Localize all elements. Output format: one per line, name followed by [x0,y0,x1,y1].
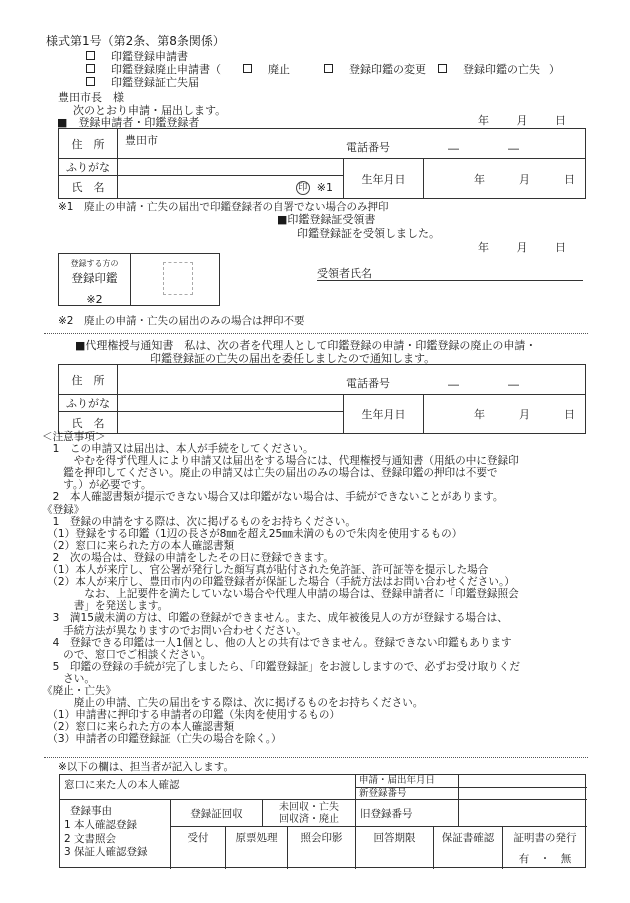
card-recovery-label: 登録証回収 [171,800,263,827]
checkbox-icon[interactable] [86,77,95,86]
checkbox-icon[interactable] [86,64,95,73]
address-input-cell[interactable]: 豊田市 電話番号 ― ― [118,129,586,159]
recovery-status-cell[interactable]: 未回収・亡失 回収済・廃止 [263,800,356,827]
month-label: 月 [519,406,530,422]
note-line: （3）申請者の印鑑登録証（亡失の場合を除く。） [42,733,520,745]
phone-dash: ― [508,378,519,391]
doc-type-label: 印鑑登録証亡失届 [111,74,199,90]
seal-box-small-label: 登録する方の [59,258,130,269]
day-label: 日 [564,406,575,422]
note-line: 2 次の場合は、登録の申請をしたその日に登録できます。 [42,552,520,564]
note-line: 手続方法が異なりますのでお問い合わせください。 [42,625,520,637]
recovery-status-line2: 回収済・廃止 [263,814,355,826]
note-line: す。）が必要です。 [42,479,520,491]
phone-dash: ― [508,142,519,155]
dotted-divider [44,333,588,334]
note-line: （2）本人が来庁し、豊田市内の印鑑登録者が保証した場合（手続方法はお問い合わせく… [42,576,520,588]
phone-label: 電話番号 [346,139,390,155]
identity-check-cell[interactable]: 窓口に来た人の本人確認 [60,775,356,800]
certificate-issue-cell[interactable]: 証明書の発行 有 ・ 無 [503,827,587,869]
seal-note-ref: ※1 [317,181,333,194]
note-line: （1）申請書に押印する申請者の印鑑（朱肉を使用するもの） [42,709,520,721]
receipt-body: 印鑑登録証を受領しました。 [297,225,440,241]
note-line: （1）登録をする印鑑（1辺の長さが8㎜を超え25㎜未満のもので朱肉を使用するもの… [42,528,520,540]
doc-type-row-3: 印鑑登録証亡失届 [86,75,199,88]
furigana-input-cell[interactable] [118,395,344,412]
office-note: ※以下の欄は、担当者が記入します。 [58,759,234,774]
reply-deadline-cell[interactable]: 回答期限 [356,827,434,869]
birthdate-label: 生年月日 [344,395,424,434]
application-date-value-cell[interactable] [459,775,587,788]
note-2: ※2 廃止の申請・亡失の届出のみの場合は押印不要 [58,313,304,328]
registration-reason-title: 登録事由 [60,800,170,819]
note-line: （2）窓口に来られた方の本人確認書類 [42,721,520,733]
certificate-issue-yes-no[interactable]: 有 ・ 無 [503,845,587,866]
checkbox-icon[interactable] [86,51,95,60]
registered-seal-box: 登録する方の 登録印鑑 ※2 [58,253,220,306]
registration-reason-option: 2 文書照会 [60,833,170,847]
birthdate-input-cell[interactable]: 年 月 日 [424,395,586,434]
note-line: 《廃止・亡失》 [42,685,520,697]
address-label: 住 所 [59,365,118,395]
notes-heading: ＜注意事項＞ [42,431,520,443]
month-label: 月 [519,171,530,187]
year-label: 年 [478,112,489,128]
registration-reason-option: 1 本人確認登録 [60,819,170,833]
seal-registration-form: 様式第1号（第2条、第8条関係） 印鑑登録申請書 印鑑登録廃止申請書（ 廃止 登… [0,0,630,903]
inquiry-seal-imprint-cell[interactable]: 照会印影 [288,827,356,869]
birthdate-input-cell[interactable]: 年 月 日 [424,159,586,199]
recipient-name-field[interactable]: 受領者氏名 [317,265,583,281]
notes-block: ＜注意事項＞ 1 この申請又は届出は、本人が手続をしてください。 やむを得ず代理… [42,431,520,745]
receipt-date-line[interactable]: 年 月 日 [478,239,566,255]
proxy-table: 住 所 電話番号 ― ― ふりがな 生年月日 年 月 日 氏 名 [58,364,586,434]
note-line: 《登録》 [42,504,520,516]
note-line: なお、上記要件を満たしていない場合や代理人申請の場合は、登録申請者に「印鑑登録照… [42,588,520,600]
address-value: 豊田市 [125,132,158,148]
note-line: （1）本人が来庁し、官公署が発行した顔写真が貼付された免許証、許可証等を提示した… [42,564,520,576]
note-line: （2）窓口に来られた方の本人確認書類 [42,540,520,552]
office-use-table: 窓口に来た人の本人確認 申請・届出年月日 新登録番号 登録事由 1 本人確認登録… [59,774,586,868]
seal-stamp-icon: 印 [296,181,310,195]
recovery-status-line1: 未回収・亡失 [263,802,355,814]
dotted-divider [44,757,588,758]
doc-type-suffix: ） [549,61,560,77]
sub-option-label: 廃止 [268,61,290,77]
phone-dash: ― [448,378,459,391]
day-label: 日 [564,171,575,187]
month-label: 月 [517,239,528,255]
checkbox-icon[interactable] [243,64,252,73]
application-date-label: 申請・届出年月日 [356,775,459,788]
new-registration-number-value-cell[interactable] [459,788,587,800]
note-line: さい。 [42,673,520,685]
phone-dash: ― [448,142,459,155]
recipient-name-label: 受領者氏名 [317,267,372,280]
checkbox-icon[interactable] [324,64,333,73]
year-label: 年 [474,171,485,187]
furigana-input-cell[interactable] [118,159,344,176]
new-registration-number-label: 新登録番号 [356,788,459,800]
year-label: 年 [474,406,485,422]
form-number: 様式第1号（第2条、第8条関係） [46,32,225,49]
registration-reason-cell[interactable]: 登録事由 1 本人確認登録 2 文書照会 3 保証人確認登録 [60,800,171,869]
name-label: 氏 名 [59,176,118,199]
name-input-cell[interactable]: 印 ※1 [118,176,344,199]
applicant-table: 住 所 豊田市 電話番号 ― ― ふりがな 生年月日 年 月 日 氏 名 [58,128,586,199]
birthdate-label: 生年月日 [344,159,424,199]
note-line: 1 登録の申請をする際は、次に掲げるものをお持ちください。 [42,516,520,528]
reception-cell[interactable]: 受付 [171,827,226,869]
note-line: 書」を発送します。 [42,600,520,612]
checkbox-icon[interactable] [438,64,447,73]
note-line: 5 印鑑の登録の手続が完了しましたら、「印鑑登録証」をお渡ししますので、必ずお受… [42,661,520,673]
certificate-issue-label: 証明書の発行 [503,827,587,845]
address-label: 住 所 [59,129,118,159]
furigana-label: ふりがな [59,159,118,176]
note-line: 鑑を押印してください。廃止の申請又は亡失の届出のみの場合は、登録印鑑の押印は不要… [42,467,520,479]
seal-box-note-ref: ※2 [59,293,130,306]
guarantee-check-cell[interactable]: 保証書確認 [434,827,503,869]
sub-option-label: 登録印鑑の変更 [349,61,426,77]
address-input-cell[interactable]: 電話番号 ― ― [118,365,586,395]
ledger-processing-cell[interactable]: 原票処理 [226,827,288,869]
sub-option-label: 登録印鑑の亡失 [463,61,540,77]
seal-box-label-pane: 登録する方の 登録印鑑 ※2 [59,254,131,305]
month-label: 月 [517,112,528,128]
seal-stamp-placeholder[interactable] [163,262,193,295]
note-line: ので、窓口でご相談ください。 [42,649,520,661]
note-line: 廃止の申請、亡失の届出をする際は、次に掲げるものをお持ちください。 [42,697,520,709]
note-line: 4 登録できる印鑑は一人1個とし、他の人との共有はできません。登録できない印鑑も… [42,637,520,649]
note-line: やむを得ず代理人により申請又は届出をする場合には、代理権授与通知書（用紙の中に登… [42,455,520,467]
old-registration-number-label: 旧登録番号 [356,800,459,827]
old-registration-number-value-cell[interactable] [459,800,587,827]
furigana-label: ふりがな [59,395,118,412]
phone-label: 電話番号 [346,375,390,391]
application-date-line[interactable]: 年 月 日 [478,112,566,128]
day-label: 日 [555,112,566,128]
seal-box-label: 登録印鑑 [59,270,130,286]
year-label: 年 [478,239,489,255]
note-line: 1 この申請又は届出は、本人が手続をしてください。 [42,443,520,455]
day-label: 日 [555,239,566,255]
note-line: 3 満15歳未満の方は、印鑑の登録ができません。また、成年被後見人の方が登録する… [42,612,520,624]
registration-reason-option: 3 保証人確認登録 [60,846,170,860]
note-line: 2 本人確認書類が提示できない場合又は印鑑がない場合は、手続ができないことがあり… [42,491,520,503]
